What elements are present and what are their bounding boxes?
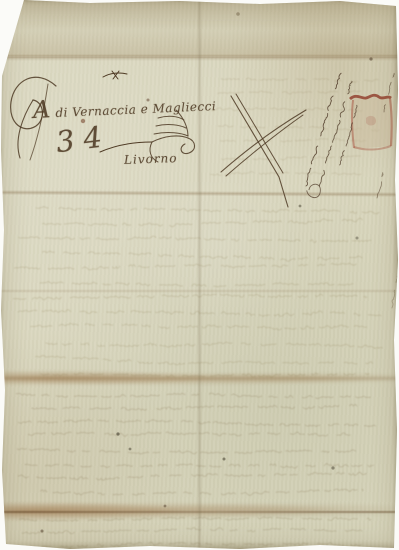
- hand-outline: [152, 136, 188, 142]
- seal-wax-right: [390, 98, 392, 146]
- seal-paper-patch: [352, 96, 391, 149]
- margin-note-lower: [376, 173, 384, 199]
- bleed-line: [18, 448, 356, 453]
- address-cross-mark: [103, 71, 127, 79]
- docket-endorsement-script: [301, 72, 366, 202]
- margin-note-script: [376, 173, 384, 199]
- destination-livorno: Livorno: [124, 151, 178, 167]
- margin-note-script: [391, 276, 398, 308]
- seal-wax-bottom: [354, 146, 391, 150]
- bleed-line: [221, 78, 378, 82]
- seal-wax-top: [350, 95, 391, 99]
- fold-crease-middle: [0, 289, 399, 293]
- docket-script-line: [318, 81, 353, 187]
- fold-crease-top: [0, 54, 399, 61]
- bleed-line: [13, 294, 366, 300]
- paper-edge-right-shade: [392, 0, 399, 550]
- cross-mark-swash: [103, 73, 127, 77]
- bleed-line: [218, 125, 379, 131]
- bleed-line: [19, 236, 371, 242]
- docket-script-line: [339, 105, 359, 165]
- speck: [299, 205, 302, 208]
- fold-crease-lower: [0, 511, 399, 513]
- bleed-line: [211, 108, 362, 111]
- speck: [129, 448, 132, 451]
- bleed-line: [37, 207, 380, 214]
- scanned-letter: A di Vernaccia e Magliecci 34 Livorno: [0, 0, 399, 550]
- speck: [236, 12, 240, 16]
- bleed-line: [221, 139, 366, 142]
- bleed-line: [28, 432, 350, 436]
- bleed-line: [43, 251, 362, 261]
- bleed-line: [19, 472, 367, 480]
- bleed-line: [222, 156, 361, 160]
- docket-script-line: [304, 72, 342, 186]
- bleed-line: [32, 404, 357, 410]
- routing-cross-stroke: [231, 96, 288, 207]
- fold-stain-middle: [0, 368, 399, 388]
- bleed-line: [211, 171, 361, 175]
- hand-finger: [154, 133, 188, 136]
- wax-seal-remnant: [350, 95, 392, 149]
- speck: [164, 505, 167, 508]
- routing-cross-stroke: [226, 115, 303, 176]
- flourish-descender: [18, 100, 33, 158]
- bleed-line: [18, 310, 381, 317]
- bleed-line: [40, 282, 353, 287]
- margin-note-script: [383, 73, 395, 112]
- speck: [369, 57, 372, 60]
- speck: [356, 237, 359, 240]
- bleed-line: [46, 342, 382, 348]
- routing-cross-stroke: [236, 94, 283, 173]
- address-line: A di Vernaccia e Magliecci: [32, 88, 216, 124]
- speck: [41, 530, 44, 533]
- letter-paper: A di Vernaccia e Magliecci 34 Livorno: [0, 0, 399, 550]
- seal-wax-blotch: [366, 116, 376, 126]
- routing-cross: [221, 94, 306, 207]
- routing-cross-stroke: [221, 110, 306, 172]
- bleed-line: [19, 419, 376, 426]
- bleed-line: [19, 517, 370, 521]
- fold-crease-vertical: [197, 0, 202, 550]
- fold-crease-upper: [0, 190, 399, 197]
- speck: [223, 458, 226, 461]
- margin-note-upper: [383, 73, 395, 112]
- bleed-line: [31, 323, 367, 330]
- bleed-line: [41, 489, 364, 495]
- hand-finger: [156, 125, 186, 128]
- bleed-line: [15, 263, 356, 270]
- bleed-line: [31, 542, 361, 548]
- fold-stain-lower: [0, 498, 399, 522]
- bleed-line: [22, 528, 361, 534]
- docket-paraph: [305, 182, 322, 199]
- bleed-line: [218, 91, 360, 94]
- ink-artwork: [0, 0, 399, 550]
- top-fold-band: [0, 0, 399, 56]
- bleed-line: [16, 393, 370, 398]
- speck: [331, 466, 334, 469]
- bleed-line: [41, 373, 369, 377]
- cross-mark-stroke: [112, 71, 118, 79]
- bleed-line: [43, 218, 363, 226]
- speck: [116, 432, 119, 435]
- cross-mark-stroke: [113, 71, 119, 79]
- bleed-line: [25, 464, 373, 468]
- hand-thumb-loop: [181, 138, 194, 154]
- port-marking: 34: [54, 119, 113, 159]
- paper-edge-bottom-shade: [0, 541, 399, 550]
- seal-wax-left: [352, 100, 354, 148]
- bleed-line: [36, 356, 373, 365]
- margin-note-edge: [391, 276, 398, 308]
